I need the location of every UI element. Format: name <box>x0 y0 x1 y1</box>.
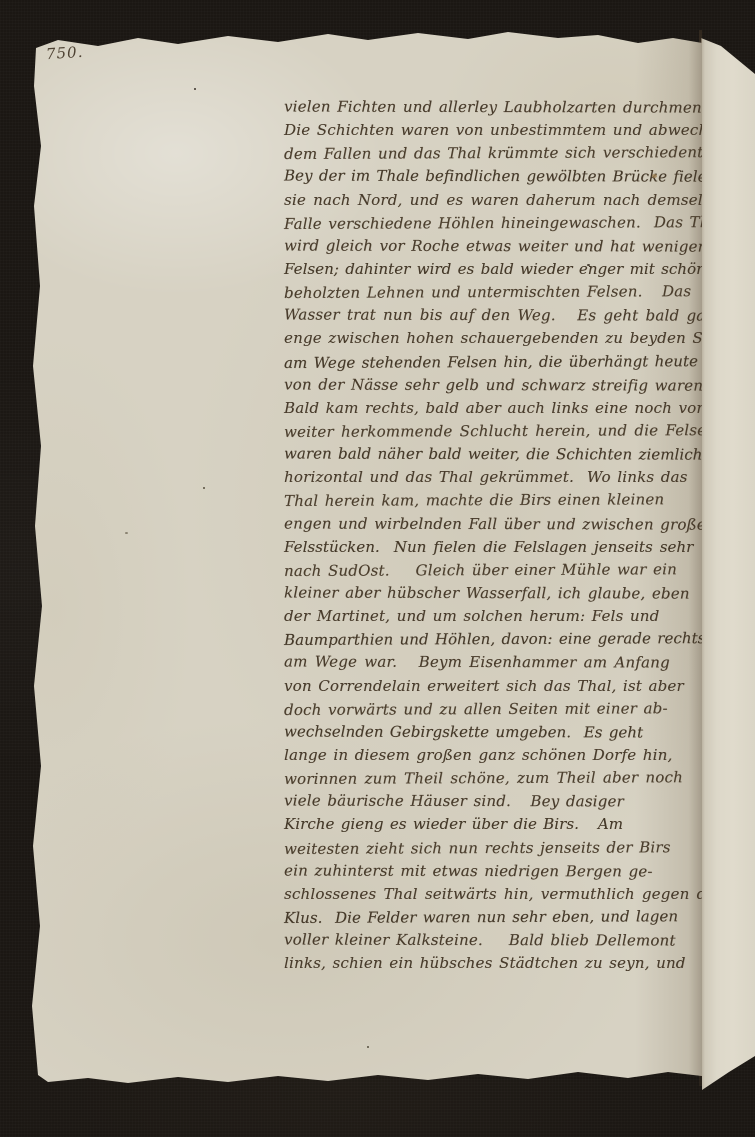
manuscript-line: schlossenes Thal seitwärts hin, vermuthl… <box>284 883 702 906</box>
manuscript-line: viele bäurische Häuser sind. Bey dasiger <box>284 790 702 814</box>
paper-speck <box>367 1046 369 1048</box>
facing-page-edge <box>699 14 755 1100</box>
manuscript-line: weiter herkommende Schlucht herein, und … <box>284 419 702 444</box>
manuscript-page: 750. vielen Fichten und allerley Laubhol… <box>28 26 702 1088</box>
manuscript-line: Wasser trat nun bis auf den Weg. Es geht… <box>284 304 702 328</box>
manuscript-line: voller kleiner Kalksteine. Bald blieb De… <box>284 929 702 953</box>
manuscript-line: der Martinet, und um solchen herum: Fels… <box>284 605 702 628</box>
manuscript-line: links, schien ein hübsches Städtchen zu … <box>284 952 702 975</box>
manuscript-line: lange in diesem großen ganz schönen Dorf… <box>284 744 702 767</box>
paper-speck <box>194 88 196 90</box>
manuscript-line: Baumparthien und Höhlen, davon: eine ger… <box>284 627 702 652</box>
manuscript-line: Felsstücken. Nun fielen die Felslagen je… <box>284 536 702 559</box>
paper-speck <box>203 487 205 489</box>
manuscript-line: enge zwischen hohen schauergebenden zu b… <box>284 327 702 350</box>
manuscript-line: Die Schichten waren von unbestimmtem und… <box>284 119 702 142</box>
folio-number: 750. <box>45 43 84 64</box>
paper-speck <box>652 174 657 178</box>
manuscript-line: am Wege war. Beym Eisenhammer am Anfang <box>284 651 702 675</box>
manuscript-line: dem Fallen und das Thal krümmte sich ver… <box>284 141 702 166</box>
paper-speck <box>125 532 128 534</box>
manuscript-line: Bey der im Thale befindlichen gewölbten … <box>284 165 702 189</box>
manuscript-line: am Wege stehenden Felsen hin, die überhä… <box>284 350 702 375</box>
manuscript-line: worinnen zum Theil schöne, zum Theil abe… <box>284 766 702 791</box>
manuscript-line: wechselnden Gebirgskette umgeben. Es geh… <box>284 720 702 744</box>
manuscript-line: Thal herein kam, machte die Birs einen k… <box>284 488 702 513</box>
manuscript-line: Felsen; dahinter wird es bald wieder eng… <box>284 258 702 281</box>
manuscript-line: vielen Fichten und allerley Laubholzarte… <box>284 95 702 119</box>
manuscript-line: ein zuhinterst mit etwas niedrigen Berge… <box>284 859 702 883</box>
manuscript-line: wird gleich vor Roche etwas weiter und h… <box>284 234 702 258</box>
manuscript-line: sie nach Nord, und es waren daherum nach… <box>284 189 702 212</box>
manuscript-line: nach SudOst. Gleich über einer Mühle war… <box>284 558 702 583</box>
manuscript-line: Kirche gieng es wieder über die Birs. Am <box>284 813 702 836</box>
scan-background: 750. vielen Fichten und allerley Laubhol… <box>0 0 755 1137</box>
manuscript-line: beholzten Lehnen und untermischten Felse… <box>284 280 702 305</box>
manuscript-line: waren bald näher bald weiter, die Schich… <box>284 443 702 467</box>
manuscript-line: doch vorwärts und zu allen Seiten mit ei… <box>284 697 702 722</box>
manuscript-line: Bald kam rechts, bald aber auch links ei… <box>284 397 702 420</box>
text-block: vielen Fichten und allerley Laubholzarte… <box>284 96 702 975</box>
manuscript-line: kleiner aber hübscher Wasserfall, ich gl… <box>284 581 702 605</box>
manuscript-line: von Correndelain erweitert sich das Thal… <box>284 675 702 698</box>
manuscript-line: horizontal und das Thal gekrümmet. Wo li… <box>284 466 702 489</box>
manuscript-line: Klus. Die Felder waren nun sehr eben, un… <box>284 905 702 930</box>
manuscript-line: engen und wirbelnden Fall über und zwisc… <box>284 512 702 536</box>
paper-speck <box>587 264 590 266</box>
manuscript-line: von der Nässe sehr gelb und schwarz stre… <box>284 373 702 397</box>
manuscript-line: Falle verschiedene Höhlen hineingewasche… <box>284 211 702 236</box>
manuscript-line: weitesten zieht sich nun rechts jenseits… <box>284 836 702 861</box>
